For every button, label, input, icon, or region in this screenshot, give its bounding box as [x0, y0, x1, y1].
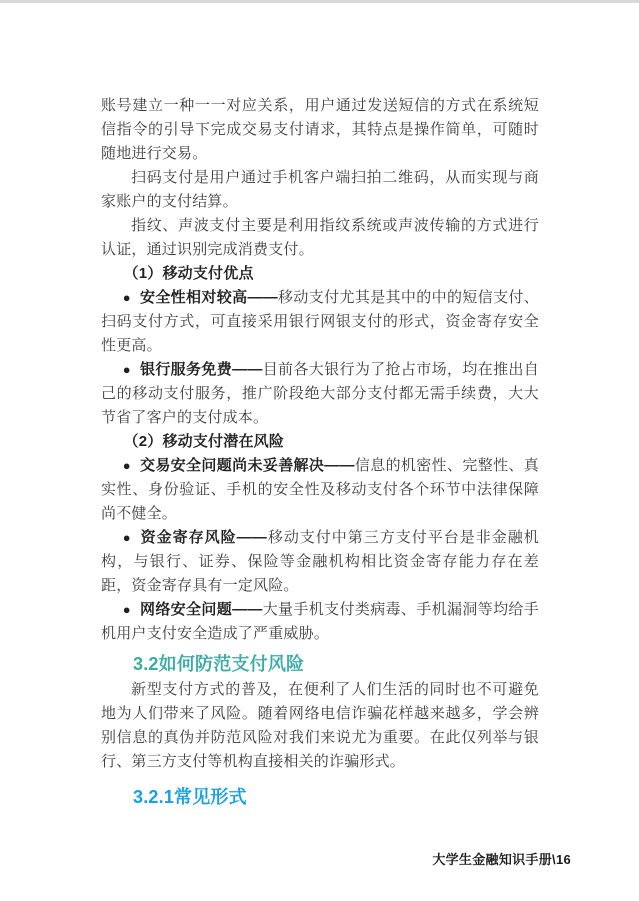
paragraph: 指纹、声波支付主要是利用指纹系统或声波传输的方式进行认证，通过识别完成消费支付。	[101, 214, 539, 262]
bullet-label: 资金寄存风险——	[141, 529, 267, 546]
bullet-item: ●安全性相对较高——移动支付尤其是其中的中的短信支付、扫码支付方式，可直接采用银…	[101, 286, 539, 358]
bullet-item: ●网络安全问题——大量手机支付类病毒、手机漏洞等均给手机用户支付安全造成了严重威…	[101, 598, 539, 646]
bullet-item: ●交易安全问题尚未妥善解决——信息的机密性、完整性、真实性、身份验证、手机的安全…	[101, 454, 539, 526]
list-heading-risks: （2）移动支付潜在风险	[101, 430, 539, 454]
paragraph: 新型支付方式的普及，在便利了人们生活的同时也不可避免地为人们带来了风险。随着网络…	[101, 678, 539, 774]
bullet-label: 网络安全问题——	[140, 601, 263, 618]
bullet-dot-icon: ●	[123, 458, 131, 473]
bullet-dot-icon: ●	[123, 290, 131, 305]
page-content: 账号建立一种一一对应关系，用户通过发送短信的方式在系统短信指令的引导下完成交易支…	[101, 94, 539, 811]
bullet-label: 交易安全问题尚未妥善解决——	[140, 457, 355, 474]
page-footer: 大学生金融知识手册\16	[432, 849, 571, 868]
list-heading-advantages: （1）移动支付优点	[101, 262, 539, 286]
subsection-heading-3-2-1: 3.2.1常见形式	[133, 783, 539, 811]
paragraph-continued: 账号建立一种一一对应关系，用户通过发送短信的方式在系统短信指令的引导下完成交易支…	[101, 94, 539, 166]
bullet-label: 安全性相对较高——	[140, 289, 278, 306]
page-top-divider	[0, 0, 639, 3]
bullet-item: ●银行服务免费——目前各大银行为了抢占市场，均在推出自己的移动支付服务，推广阶段…	[101, 358, 539, 430]
document-page: 账号建立一种一一对应关系，用户通过发送短信的方式在系统短信指令的引导下完成交易支…	[0, 0, 639, 901]
bullet-item: ●资金寄存风险——移动支付中第三方支付平台是非金融机构，与银行、证券、保险等金融…	[101, 526, 539, 598]
section-heading-3-2: 3.2如何防范支付风险	[133, 650, 539, 678]
paragraph: 扫码支付是用户通过手机客户端扫拍二维码，从而实现与商家账户的支付结算。	[101, 166, 539, 214]
bullet-dot-icon: ●	[123, 602, 131, 617]
bullet-label: 银行服务免费——	[140, 361, 263, 378]
bullet-dot-icon: ●	[123, 530, 132, 545]
bullet-dot-icon: ●	[123, 362, 131, 377]
